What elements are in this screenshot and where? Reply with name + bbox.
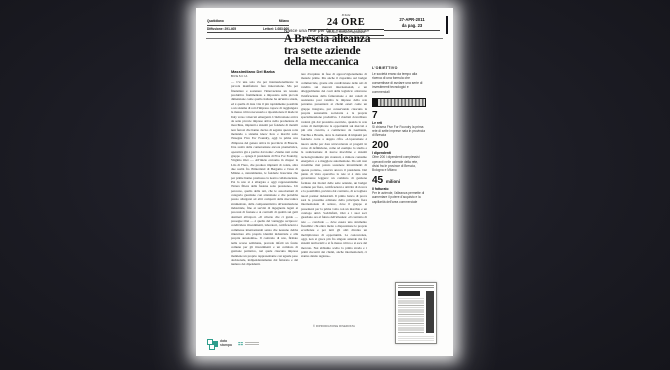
data-stampa-logo: data stampa	[207, 339, 232, 350]
publication-meta-row-2: Diffusione: 291.405 Lettori: 1.083.000	[207, 26, 289, 34]
stat-dipendenti: 200 I dipendenti Oltre 200 i dipendenti …	[372, 141, 426, 172]
stat-reti: 7 Le reti Si chiama Five For Foundry la …	[372, 111, 426, 138]
secondary-logo-icon: ⚏	[238, 341, 243, 347]
article-column-2: tere d'acquisto in fase di approvvigiona…	[301, 72, 367, 322]
sidebar-intro: Le società erano da tempo alla ricerca d…	[372, 72, 426, 95]
headline-line-1: A Brescia alleanza	[284, 34, 370, 46]
stat-reti-value: 7	[372, 111, 426, 121]
stat-fatturato-value: 45 milioni	[372, 176, 426, 187]
article-body-col1: — C'è una sola via per internazionalizza…	[231, 80, 298, 266]
thumbnail-dark-column	[426, 291, 434, 333]
sidebar-divider-bar	[372, 98, 426, 107]
data-stampa-label: data stampa	[220, 340, 232, 348]
article-dateline: BRESCIA	[231, 74, 298, 78]
stat-dipendenti-text: Oltre 200 i dipendenti complessivi opera…	[372, 155, 426, 172]
masthead-logo: 24 ORE	[308, 18, 384, 28]
article-column-1: Massimiliano Del Barba BRESCIA — C'è una…	[231, 69, 298, 337]
stats-sidebar: L'OBIETTIVO Le società erano da tempo al…	[372, 66, 426, 204]
clipping-page-ref: da pag. 23	[384, 23, 440, 29]
secondary-logo-text-lines	[245, 342, 259, 346]
stat-fatturato-text: Per le aziende, l'alleanza permette di a…	[372, 191, 426, 204]
headline-line-3: della meccanica	[284, 57, 370, 69]
thumbnail-header-lines	[398, 285, 434, 289]
stat-reti-text: Si chiama Five For Foundry la prima rete…	[372, 125, 426, 138]
clipping-footer: data stampa ⚏	[207, 337, 259, 351]
press-clipping-viewer: Quotidiano Milano Diffusione: 291.405 Le…	[0, 0, 670, 370]
secondary-logo: ⚏	[238, 341, 259, 347]
publication-meta-row-1: Quotidiano Milano	[207, 18, 289, 26]
page-thumbnail	[395, 282, 437, 344]
newspaper-page: Quotidiano Milano Diffusione: 291.405 Le…	[196, 8, 453, 356]
stat-fatturato-unit: milioni	[386, 179, 400, 184]
copyright-closing: © RIPRODUZIONE RISERVATA	[301, 325, 367, 328]
article-headline: A Brescia alleanza tra sette aziende del…	[284, 34, 370, 69]
article-body-col2: tere d'acquisto in fase di approvvigiona…	[301, 72, 367, 258]
publication-city: Milano	[279, 19, 289, 23]
data-stampa-grid-icon	[207, 339, 218, 350]
sidebar-title: L'OBIETTIVO	[372, 66, 426, 70]
publication-diffusion: Diffusione: 291.405	[207, 27, 236, 31]
publication-meta: Quotidiano Milano Diffusione: 291.405 Le…	[207, 18, 289, 33]
stat-dipendenti-value: 200	[372, 141, 426, 151]
thumbnail-headline-block	[398, 291, 420, 296]
stat-fatturato: 45 milioni Il fatturato Per le aziende, …	[372, 176, 426, 204]
header-edge-mark	[446, 16, 449, 34]
thumbnail-footer-lines	[398, 336, 434, 341]
publication-type: Quotidiano	[207, 19, 224, 23]
thumbnail-text-columns	[398, 298, 424, 333]
clipping-date-block: 27-APR-2011 da pag. 23	[384, 17, 440, 31]
